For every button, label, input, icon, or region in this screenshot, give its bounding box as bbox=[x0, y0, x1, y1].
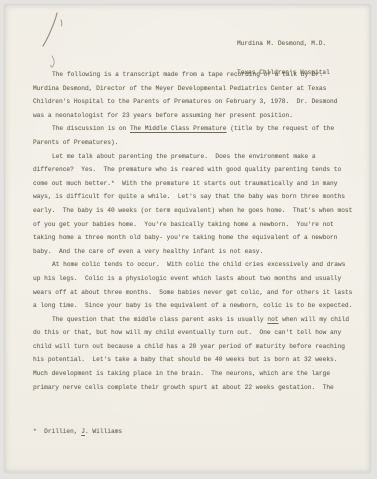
text-segment: (title by the request of the bbox=[227, 125, 335, 132]
text-line: of you get your babies home. You're basi… bbox=[33, 218, 357, 232]
text-line: ways, is difficult for quite a while. Le… bbox=[33, 190, 357, 204]
text-segment: was a neonatologist for 23 years before … bbox=[33, 112, 293, 119]
paragraph: At home colic tends to occur. With colic… bbox=[33, 258, 357, 312]
text-line: a long time. Since your baby is the equi… bbox=[33, 299, 357, 313]
text-line: The discussion is on The Middle Class Pr… bbox=[33, 122, 357, 136]
paragraph: The discussion is on The Middle Class Pr… bbox=[33, 122, 357, 149]
paragraph: The following is a transcript made from … bbox=[33, 68, 357, 122]
text-segment: ways, is difficult for quite a while. Le… bbox=[33, 193, 345, 200]
text-segment: Murdina Desmond, Director of the Meyer D… bbox=[33, 85, 326, 92]
paragraph: Let me talk about parenting the prematur… bbox=[33, 150, 357, 259]
text-line: was a neonatologist for 23 years before … bbox=[33, 109, 357, 123]
text-segment: Parents of Prematures). bbox=[33, 139, 118, 146]
text-segment: Much development is taking place in the … bbox=[33, 370, 330, 377]
text-segment: The question that the middle class paren… bbox=[52, 316, 267, 323]
text-segment: when will my child bbox=[279, 316, 350, 323]
text-line: taking home a three month old baby- you'… bbox=[33, 231, 357, 245]
text-line: early. The baby is 40 weeks (or term equ… bbox=[33, 204, 357, 218]
text-segment: Let me talk about parenting the prematur… bbox=[52, 153, 316, 160]
text-segment: taking home a three month old baby- you'… bbox=[33, 234, 337, 241]
paragraph: The question that the middle class paren… bbox=[33, 313, 357, 395]
text-segment: early. The baby is 40 weeks (or term equ… bbox=[33, 207, 352, 214]
scanned-document-page: Murdina M. Desmond, M.D. Texas Children'… bbox=[5, 5, 370, 472]
text-line: Much development is taking place in the … bbox=[33, 367, 357, 381]
text-line: Murdina Desmond, Director of the Meyer D… bbox=[33, 82, 357, 96]
text-line: difference? Yes. The premature who is re… bbox=[33, 163, 357, 177]
text-segment: The following is a transcript made from … bbox=[52, 71, 323, 78]
text-line: come out much better.* With the prematur… bbox=[33, 177, 357, 191]
underlined-text: The Middle Class Premature bbox=[130, 125, 227, 132]
footnote: * Drillien, J. Williams bbox=[33, 425, 122, 439]
text-segment: primary nerve cells complete their growt… bbox=[33, 384, 334, 391]
text-line: child will turn out because a child has … bbox=[33, 340, 357, 354]
text-segment: * Drillien, bbox=[33, 428, 81, 435]
text-segment: Children's Hospital to the Parents of Pr… bbox=[33, 98, 337, 105]
text-segment: wears off at about three months. Some ba… bbox=[33, 289, 352, 296]
author-name: Murdina M. Desmond, M.D. bbox=[237, 39, 330, 49]
text-line: baby. And the care of even a very health… bbox=[33, 245, 357, 259]
text-line: do this or that, but how will my child e… bbox=[33, 326, 357, 340]
text-segment: . Williams bbox=[85, 428, 122, 435]
text-segment: At home colic tends to occur. With colic… bbox=[52, 261, 345, 268]
text-line: primary nerve cells complete their growt… bbox=[33, 381, 357, 395]
text-segment: of you get your babies home. You're basi… bbox=[33, 221, 334, 228]
text-segment: up his legs. Colic is a physiologic even… bbox=[33, 275, 341, 282]
text-segment: do this or that, but how will my child e… bbox=[33, 329, 341, 336]
document-body: The following is a transcript made from … bbox=[33, 68, 357, 394]
text-line: The question that the middle class paren… bbox=[33, 313, 357, 327]
text-line: Let me talk about parenting the prematur… bbox=[33, 150, 357, 164]
text-line: his potential. Let's take a baby that sh… bbox=[33, 353, 357, 367]
text-segment: child will turn out because a child has … bbox=[33, 343, 345, 350]
text-line: At home colic tends to occur. With colic… bbox=[33, 258, 357, 272]
text-line: Parents of Prematures). bbox=[33, 136, 357, 150]
text-segment: The discussion is on bbox=[52, 125, 130, 132]
text-segment: his potential. Let's take a baby that sh… bbox=[33, 356, 337, 363]
text-segment: baby. And the care of even a very health… bbox=[33, 248, 263, 255]
text-segment: difference? Yes. The premature who is re… bbox=[33, 166, 341, 173]
text-line: Children's Hospital to the Parents of Pr… bbox=[33, 95, 357, 109]
text-line: wears off at about three months. Some ba… bbox=[33, 286, 357, 300]
text-line: up his legs. Colic is a physiologic even… bbox=[33, 272, 357, 286]
text-line: The following is a transcript made from … bbox=[33, 68, 357, 82]
text-segment: a long time. Since your baby is the equi… bbox=[33, 302, 352, 309]
underlined-text: not bbox=[267, 316, 278, 323]
text-segment: come out much better.* With the prematur… bbox=[33, 180, 337, 187]
